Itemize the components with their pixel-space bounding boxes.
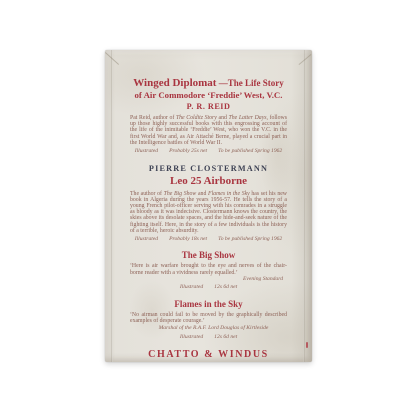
publication-date-note: To be published Spring 1962: [218, 236, 282, 243]
referenced-book-title: The Big Show: [164, 191, 197, 197]
publication-date-note: To be published Spring 1962: [218, 148, 282, 155]
winged-diplomat-blurb: Pat Reid, author of The Colditz Story an…: [130, 115, 287, 146]
author-name-clostermann: PIERRE CLOSTERMANN: [130, 164, 287, 173]
price-note: 12s 6d net: [214, 284, 237, 291]
leo-25-airborne-blurb: The author of The Big Show and Flames in…: [130, 191, 287, 234]
blurb-text: The author of: [130, 191, 164, 197]
book-title-line2: of Air Commodore ‘Freddie’ West, V.C.: [130, 90, 287, 100]
big-show-review-quote: ‘Here is air warfare brought to the eye …: [130, 263, 287, 275]
book-jacket-back-cover: Winged Diplomat —The Life Story of Air C…: [105, 50, 312, 362]
book-title-subtitle: —The Life Story: [216, 78, 283, 88]
flames-publication-info: Illustrated 12s 6d net: [130, 334, 287, 341]
referenced-book-title: Flames in the Sky: [208, 191, 250, 197]
book-title-main: Winged Diplomat: [133, 77, 216, 89]
leo-publication-info: Illustrated Probably 18s net To be publi…: [130, 236, 287, 243]
illustrated-note: Illustrated: [135, 148, 158, 155]
big-show-review-source: Evening Standard: [130, 276, 287, 283]
illustrated-note: Illustrated: [180, 334, 203, 341]
book-title: Winged Diplomat —The Life Story: [130, 76, 287, 89]
leo-25-airborne-title: Leo 25 Airborne: [130, 175, 287, 187]
illustrated-note: Illustrated: [180, 284, 203, 291]
blurb-text: has set his new book in Algeria during t…: [130, 191, 287, 234]
price-note: 12s 6d net: [214, 334, 237, 341]
flames-review-quote: ‘No airman could fail to be moved by the…: [130, 312, 287, 324]
illustrated-note: Illustrated: [135, 236, 158, 243]
price-note: Probably 18s net: [169, 236, 207, 243]
author-name-reid: P. R. REID: [130, 102, 287, 111]
big-show-title: The Big Show: [130, 250, 287, 260]
flames-title: Flames in the Sky: [130, 299, 287, 309]
photo-background: { "page": { "background": "#ffffff" }, "…: [0, 0, 416, 416]
blurb-text: and: [196, 191, 208, 197]
price-note: Probably 25s net: [169, 148, 207, 155]
big-show-publication-info: Illustrated 12s 6d net: [130, 284, 287, 291]
jacket-text-panel: Winged Diplomat —The Life Story of Air C…: [105, 50, 312, 362]
winged-publication-info: Illustrated Probably 25s net To be publi…: [130, 148, 287, 155]
publisher-imprint: CHATTO & WINDUS: [130, 349, 287, 360]
flames-review-source: Marshal of the R.A.F. Lord Douglas of Ki…: [130, 325, 287, 332]
